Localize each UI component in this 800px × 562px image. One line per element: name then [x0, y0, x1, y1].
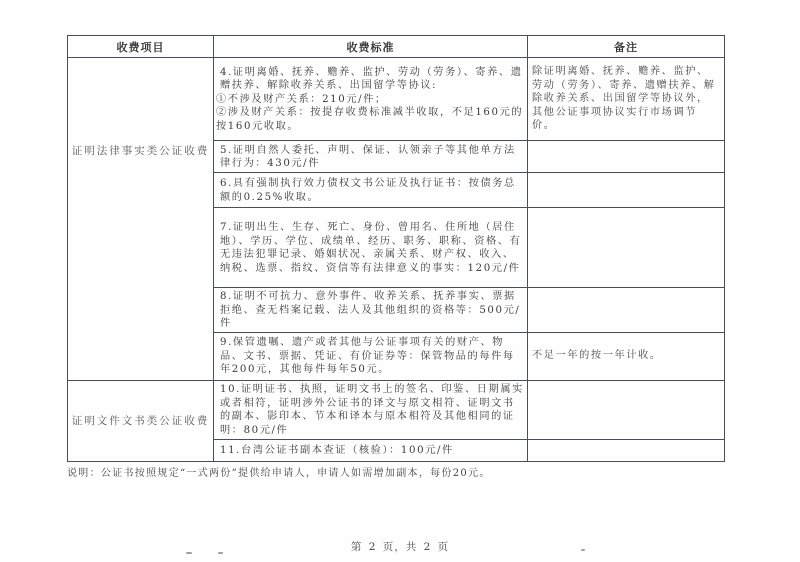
- header-fee-item: 收费项目: [68, 36, 214, 58]
- header-note: 备注: [528, 36, 725, 58]
- fee-standard-cell: 9.保管遗嘱、遗产或者其他与公证事项有关的财产、物品、文书、票据、凭证、有价证券…: [214, 332, 528, 380]
- note-cell: [528, 141, 725, 173]
- document-page: 收费项目 收费标准 备注 证明法律事实类公证收费 4.证明离婚、抚养、赡养、监护…: [0, 0, 800, 562]
- note-cell: [528, 173, 725, 208]
- fee-standard-text: 7.证明出生、生存、死亡、身份、曾用名、住所地（居住地）、学历、学位、成绩单、经…: [216, 221, 525, 275]
- fee-standard-cell: 10.证明证书、执照，证明文书上的签名、印鉴、日期属实或者相符，证明涉外公证书的…: [214, 380, 528, 439]
- fee-standard-cell: 4.证明离婚、抚养、赡养、监护、劳动（劳务）、寄养、遗赠扶养、解除收养关系、出国…: [214, 58, 528, 141]
- note-cell: [528, 439, 725, 461]
- footnote-explanation: 说明：公证书按照规定“一式两份”提供给申请人，申请人如需增加副本，每份20元。: [67, 464, 491, 479]
- fee-standard-text: 8.证明不可抗力、意外事件、收养关系、抚养事实、票据拒绝、查无档案记载、法人及其…: [216, 290, 525, 331]
- scan-artifact: [218, 552, 223, 554]
- note-cell: [528, 208, 725, 288]
- note-cell: 除证明离婚、抚养、赡养、监护、劳动（劳务）、寄养、遗赠扶养、解除收养关系、出国留…: [528, 58, 725, 141]
- category-label: 证明法律事实类公证收费: [68, 143, 213, 158]
- category-label: 证明文件文书类公证收费: [68, 413, 213, 428]
- table-header-row: 收费项目 收费标准 备注: [68, 36, 725, 58]
- table-row: 证明法律事实类公证收费 4.证明离婚、抚养、赡养、监护、劳动（劳务）、寄养、遗赠…: [68, 58, 725, 141]
- category-cell-legal-facts: 证明法律事实类公证收费: [68, 58, 214, 381]
- fee-standard-text: 6.具有强制执行效力债权文书公证及执行证书：按债务总额的0.25%收取。: [216, 177, 525, 204]
- page-number: 第 2 页，共 2 页: [0, 539, 800, 554]
- fee-standard-text: 4.证明离婚、抚养、赡养、监护、劳动（劳务）、寄养、遗赠扶养、解除收养关系、出国…: [216, 66, 525, 93]
- fee-standard-text: 5.证明自然人委托、声明、保证、认领亲子等其他单方法律行为：430元/件: [216, 144, 525, 171]
- header-fee-standard: 收费标准: [214, 36, 528, 58]
- category-cell-documents: 证明文件文书类公证收费: [68, 380, 214, 461]
- scan-artifact: [186, 552, 192, 554]
- fee-standard-text: 9.保管遗嘱、遗产或者其他与公证事项有关的财产、物品、文书、票据、凭证、有价证券…: [216, 336, 525, 377]
- fee-standard-subitem: ②涉及财产关系：按提存收费标准减半收取，不足160元的按160元收取。: [216, 106, 525, 133]
- note-cell: [528, 288, 725, 333]
- table-row: 证明文件文书类公证收费 10.证明证书、执照，证明文书上的签名、印鉴、日期属实或…: [68, 380, 725, 439]
- fee-standard-cell: 6.具有强制执行效力债权文书公证及执行证书：按债务总额的0.25%收取。: [214, 173, 528, 208]
- fee-standard-text: 11.台湾公证书副本查证（核验）：100元/件: [216, 444, 525, 458]
- fee-standard-cell: 5.证明自然人委托、声明、保证、认领亲子等其他单方法律行为：430元/件: [214, 141, 528, 173]
- fee-standard-subitem: ①不涉及财产关系：210元/件；: [216, 93, 525, 107]
- note-cell: [528, 380, 725, 439]
- fee-standard-cell: 8.证明不可抗力、意外事件、收养关系、抚养事实、票据拒绝、查无档案记载、法人及其…: [214, 288, 528, 333]
- fee-standard-text: 10.证明证书、执照，证明文书上的签名、印鉴、日期属实或者相符，证明涉外公证书的…: [216, 383, 525, 437]
- scan-artifact: [581, 549, 585, 551]
- fee-schedule-table: 收费项目 收费标准 备注 证明法律事实类公证收费 4.证明离婚、抚养、赡养、监护…: [67, 35, 725, 462]
- fee-standard-cell: 7.证明出生、生存、死亡、身份、曾用名、住所地（居住地）、学历、学位、成绩单、经…: [214, 208, 528, 288]
- fee-standard-cell: 11.台湾公证书副本查证（核验）：100元/件: [214, 439, 528, 461]
- note-cell: 不足一年的按一年计收。: [528, 332, 725, 380]
